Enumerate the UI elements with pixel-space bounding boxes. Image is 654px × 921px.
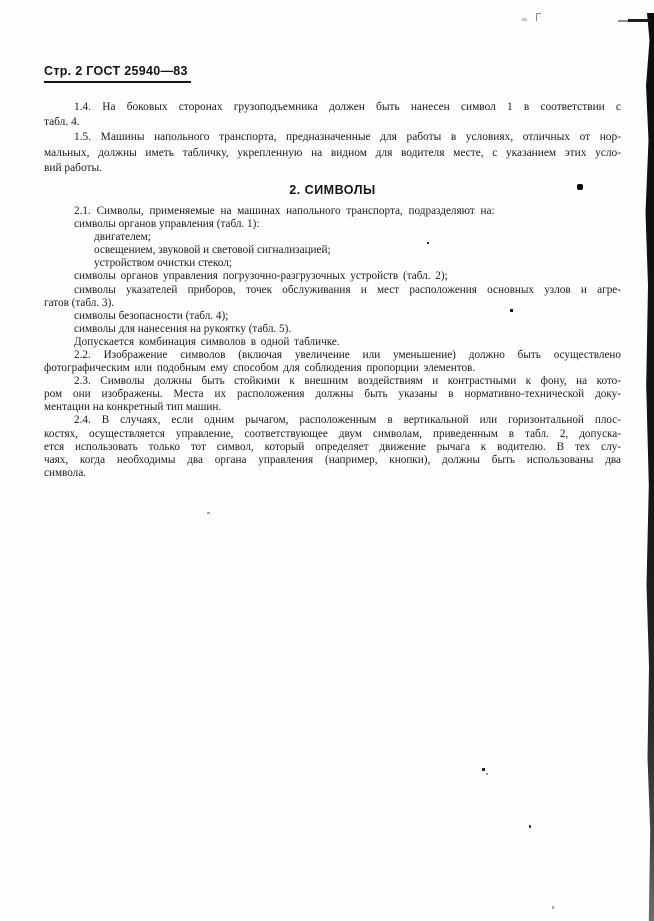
page-header: Стр. 2 ГОСТ 25940—83	[44, 64, 191, 83]
scan-speck	[482, 768, 485, 771]
scan-ink-dot	[577, 184, 583, 190]
scan-speck	[486, 773, 488, 775]
scan-page-edge-artifact	[644, 13, 654, 921]
document-content: 1.4. На боковых сторонах грузоподъемника…	[44, 100, 621, 480]
text-line: костях, осуществляется управление, соотв…	[44, 428, 621, 441]
section-2-heading: 2. СИМВОЛЫ	[44, 183, 621, 197]
text-line: символы для нанесения на рукоятку (табл.…	[44, 323, 621, 336]
section-2-text: 2.1. Символы, применяемые на машинах нап…	[44, 205, 621, 480]
text-line: ется использовать только тот символ, кот…	[44, 441, 621, 454]
text-line: 2.3. Символы должны быть стойкими к внеш…	[44, 375, 621, 388]
scanned-document-page: Стр. 2 ГОСТ 25940—83 1.4. На боковых сто…	[0, 0, 654, 921]
text-line: чаях, когда необходимы два органа управл…	[44, 454, 621, 467]
text-line: табл. 4.	[44, 115, 621, 130]
text-line: символы органов управления (табл. 1):	[44, 218, 621, 231]
text-line: символы указателей приборов, точек обслу…	[44, 284, 621, 297]
text-line: фотографическим или подобным ему способо…	[44, 362, 621, 375]
text-line: ментации на конкретный тип машин.	[44, 401, 621, 414]
text-line: символы безопасности (табл. 4);	[44, 310, 621, 323]
scan-smudge	[522, 18, 527, 21]
text-line: двигателем;	[44, 231, 621, 244]
text-line: 2.1. Символы, применяемые на машинах нап…	[44, 205, 621, 218]
scan-speck	[549, 392, 551, 394]
text-line: гатов (табл. 3).	[44, 297, 621, 310]
scan-speck	[552, 906, 554, 909]
scan-speck	[427, 242, 429, 244]
section-1-text: 1.4. На боковых сторонах грузоподъемника…	[44, 100, 621, 176]
text-line: символы органов управления погрузочно-ра…	[44, 270, 621, 283]
text-line: 1.4. На боковых сторонах грузоподъемника…	[44, 100, 621, 115]
text-line: 2.4. В случаях, если одним рычагом, расп…	[44, 414, 621, 427]
page-header-text: Стр. 2 ГОСТ 25940—83	[44, 64, 188, 78]
text-line: мальных, должны иметь табличку, укреплен…	[44, 146, 621, 161]
text-line: 1.5. Машины напольного транспорта, предн…	[44, 130, 621, 145]
text-line: устройством очистки стекол;	[44, 257, 621, 270]
text-line: символа.	[44, 467, 621, 480]
scan-speck	[207, 512, 210, 514]
text-line: 2.2. Изображение символов (включая увели…	[44, 349, 621, 362]
scan-speck	[529, 825, 531, 828]
scan-smudge	[536, 13, 541, 21]
text-line: вий работы.	[44, 161, 621, 176]
scan-tick-mark-faint	[618, 20, 628, 22]
scan-speck	[510, 309, 513, 312]
text-line: ром они изображены. Места их расположени…	[44, 388, 621, 401]
text-line: освещением, звуковой и световой сигнализ…	[44, 244, 621, 257]
scan-tick-mark	[628, 19, 650, 22]
text-line: Допускается комбинация символов в одной …	[44, 336, 621, 349]
